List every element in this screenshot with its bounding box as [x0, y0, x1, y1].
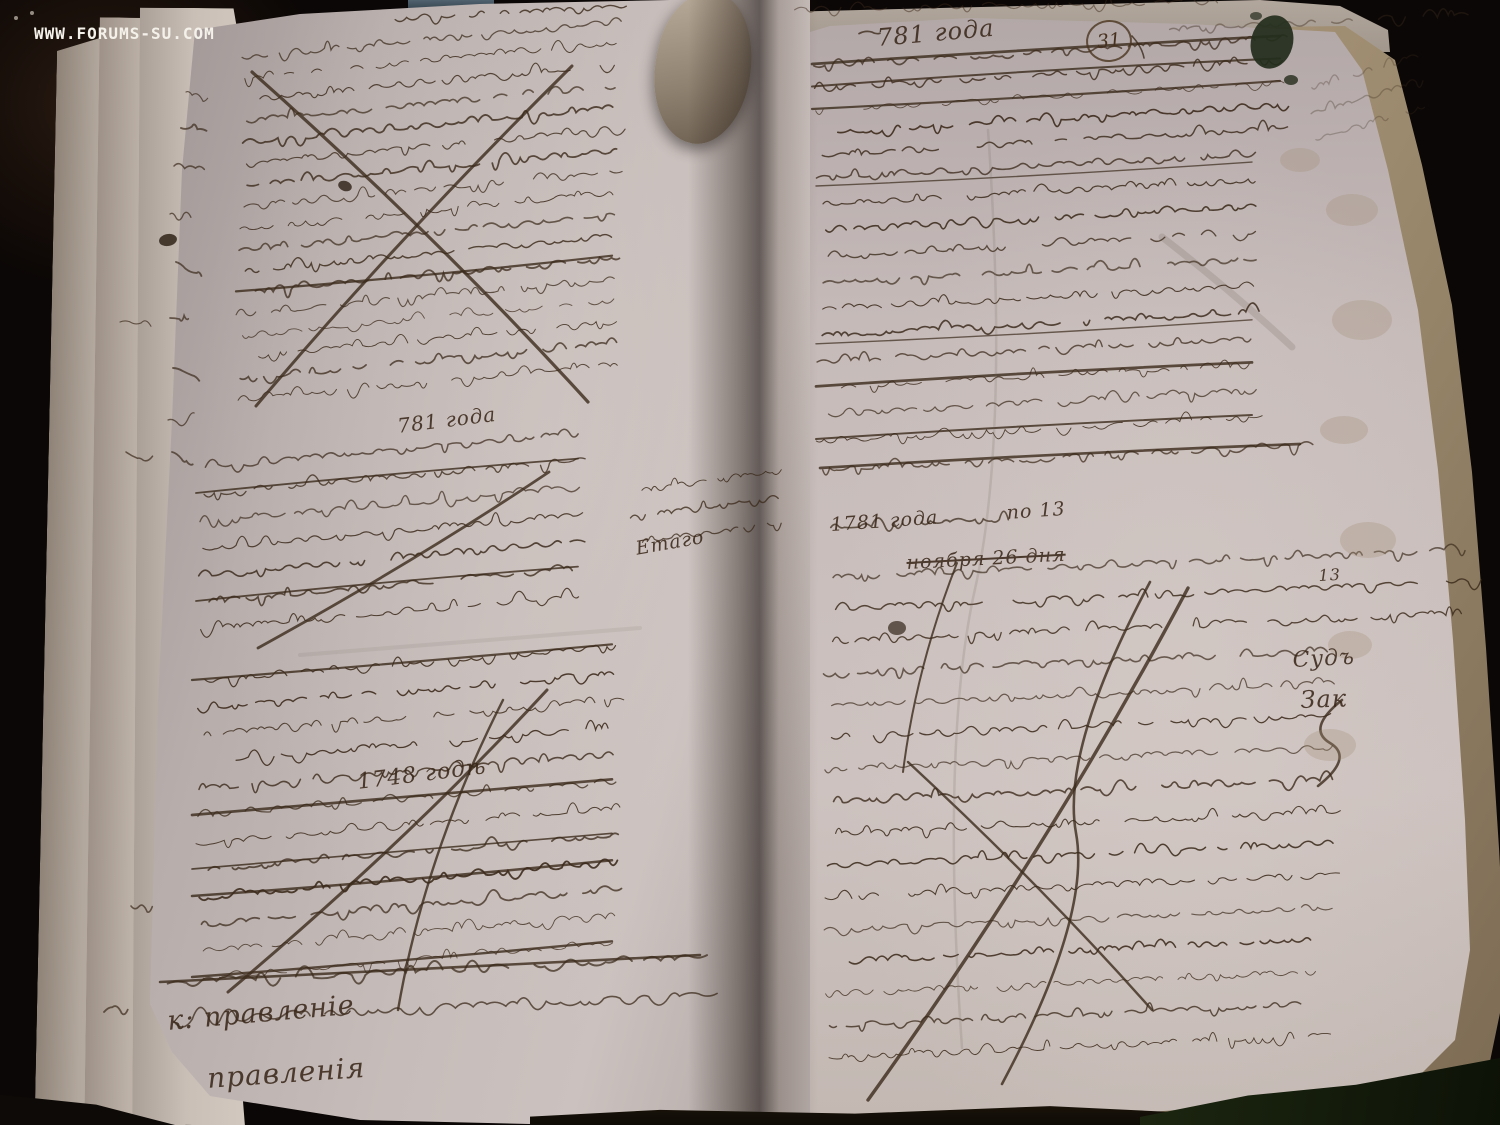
ink-stroke [1312, 52, 1434, 89]
ink-stroke [828, 230, 1255, 258]
ink-stroke [172, 452, 193, 465]
ink-stroke [1170, 9, 1468, 33]
ink-stroke [176, 262, 201, 276]
ink-blot [337, 179, 354, 193]
ink-stroke [173, 368, 199, 381]
ink-stroke [120, 321, 151, 326]
ink-stroke [830, 1002, 1333, 1031]
ink-stroke [247, 127, 626, 168]
ink-stroke [245, 234, 628, 273]
ink-stroke [240, 191, 613, 229]
ink-layer-handwriting [0, 0, 1500, 1125]
ink-stroke [826, 971, 1335, 997]
ink-stroke [244, 171, 622, 209]
ink-stroke [192, 644, 612, 680]
ink-stroke [203, 513, 583, 550]
ink-stroke [836, 579, 1481, 611]
ink-blot [158, 233, 178, 248]
ink-stroke [825, 873, 1339, 900]
ink-stroke [816, 320, 1252, 344]
ink-stroke [1132, 36, 1144, 58]
photograph-of-open-manuscript-book: 781 года781 года1748 годѣк: правленіепра… [0, 0, 1500, 1125]
ink-stroke [812, 58, 1280, 86]
ink-stroke [1316, 107, 1425, 140]
ink-stroke [822, 303, 1259, 336]
ink-stroke [828, 840, 1334, 867]
ink-stroke [832, 714, 1331, 743]
ink-stroke [243, 299, 614, 339]
ink-stroke [260, 63, 615, 100]
ink-stroke [174, 164, 204, 170]
ink-stroke [192, 941, 612, 977]
ink-stroke [239, 213, 614, 250]
damp-stain [1280, 148, 1320, 172]
ink-stroke [398, 700, 503, 1010]
ink-stroke [642, 470, 781, 491]
ink-stroke [205, 429, 578, 472]
ink-stroke [824, 647, 1328, 678]
ink-stroke [859, 31, 890, 33]
ink-stroke [186, 92, 208, 102]
ink-stroke [1162, 237, 1292, 347]
ink-stroke [823, 282, 1254, 309]
ink-stroke [174, 993, 717, 1027]
damp-stain [1304, 729, 1356, 761]
ink-stroke [836, 805, 1341, 838]
ink-stroke [236, 720, 616, 765]
ink-stroke [300, 628, 640, 655]
ink-stroke [126, 452, 153, 461]
ink-stroke [643, 523, 782, 542]
ink-stroke [826, 204, 1256, 232]
ink-stroke [631, 496, 779, 520]
ink-stroke [192, 779, 612, 815]
ink-stroke [242, 18, 621, 61]
damp-stain [1340, 522, 1396, 558]
ink-stroke [168, 413, 194, 426]
ink-stroke [170, 316, 188, 321]
ink-stroke [816, 415, 1252, 439]
ink-stroke [258, 472, 549, 648]
ink-stroke [820, 444, 1300, 468]
ink-stroke [954, 130, 996, 1048]
ink-stroke [831, 511, 1009, 531]
watermark-text: WWW.FORUMS-SU.COM [34, 24, 215, 43]
ink-stroke [204, 458, 585, 500]
ink-stroke [795, 0, 1218, 16]
ink-blot [1245, 10, 1300, 73]
ink-stroke [181, 124, 206, 130]
damp-stain [1332, 300, 1392, 340]
damp-stain [1320, 416, 1368, 444]
ink-stroke [812, 36, 1280, 64]
ink-stroke [203, 913, 615, 951]
ink-stroke [816, 362, 1252, 386]
ink-stroke [245, 41, 616, 87]
ink-blot [1250, 12, 1262, 20]
ink-stroke [201, 588, 579, 637]
ink-stroke [829, 389, 1257, 416]
ink-stroke [104, 1006, 128, 1014]
ink-stroke [255, 258, 619, 298]
ink-stroke [1311, 80, 1423, 114]
damp-stain [1328, 631, 1372, 659]
damp-stain [1326, 194, 1378, 226]
ink-stroke [236, 277, 614, 316]
ink-stroke [131, 905, 152, 912]
page-number: 31 [1096, 29, 1122, 53]
ink-stroke [202, 886, 622, 926]
ink-stroke [832, 678, 1335, 706]
ink-blot [1284, 75, 1298, 85]
ink-blot [888, 621, 906, 635]
ink-stroke [209, 565, 589, 606]
ink-stroke [838, 104, 1289, 137]
ink-stroke [170, 212, 191, 220]
